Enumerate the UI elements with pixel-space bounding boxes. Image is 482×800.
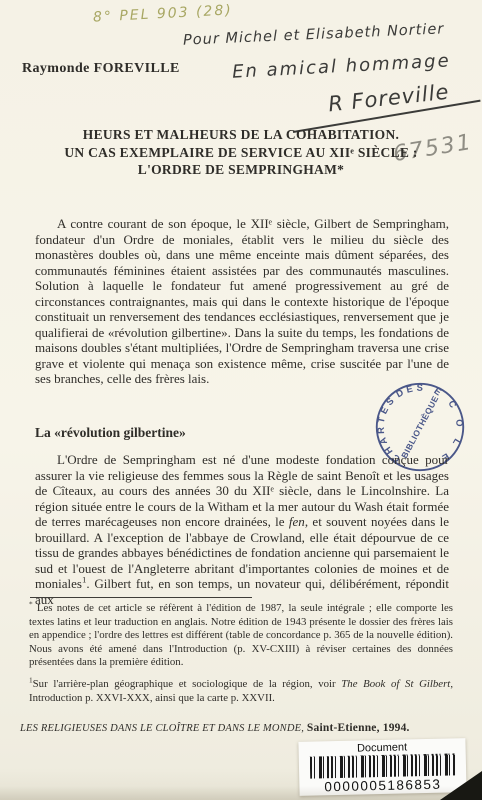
footnote-star: * Les notes de cet article se réfèrent à… [29, 602, 453, 670]
publication-footer: LES RELIGIEUSES DANS LE CLOÎTRE ET DANS … [20, 722, 410, 734]
page-corner-scan-background [440, 771, 482, 800]
footnote-separator-rule [30, 597, 252, 598]
article-title: HEURS ET MALHEURS DE LA COHABITATION. UN… [30, 126, 452, 179]
stamp-word-des: DES [392, 377, 428, 404]
body-paragraph: L'Ordre de Sempringham est né d'une mode… [35, 452, 449, 607]
article-title-line-1: HEURS ET MALHEURS DE LA COHABITATION. [30, 126, 452, 144]
stamp-word-bibliotheque: BIBLIOTHÈQUE [399, 394, 440, 460]
dedication-line-2: En amical hommage [232, 50, 452, 82]
scanned-document-page: 8° PEL 903 (28) Pour Michel et Elisabeth… [0, 0, 482, 800]
article-title-line-3: L'ORDRE DE SEMPRINGHAM* [30, 161, 452, 179]
dedication-line-1: Pour Michel et Elisabeth Nortier [183, 21, 445, 48]
opening-paragraph: A contre courant de son époque, le XIIᵉ … [35, 216, 449, 387]
article-title-line-2: UN CAS EXEMPLAIRE DE SERVICE AU XIIᵉ SIÈ… [30, 144, 452, 162]
barcode-stripes [309, 753, 455, 778]
call-number-handwriting: 8° PEL 903 (28) [93, 2, 233, 25]
section-heading: La «révolution gilbertine» [35, 425, 186, 441]
footnote-1: 1Sur l'arrière-plan géographique et soci… [29, 678, 453, 705]
signature-handwriting: R Foreville [327, 80, 450, 117]
svg-text:DES: DES [392, 377, 428, 404]
author-name: Raymonde FOREVILLE [22, 61, 180, 77]
